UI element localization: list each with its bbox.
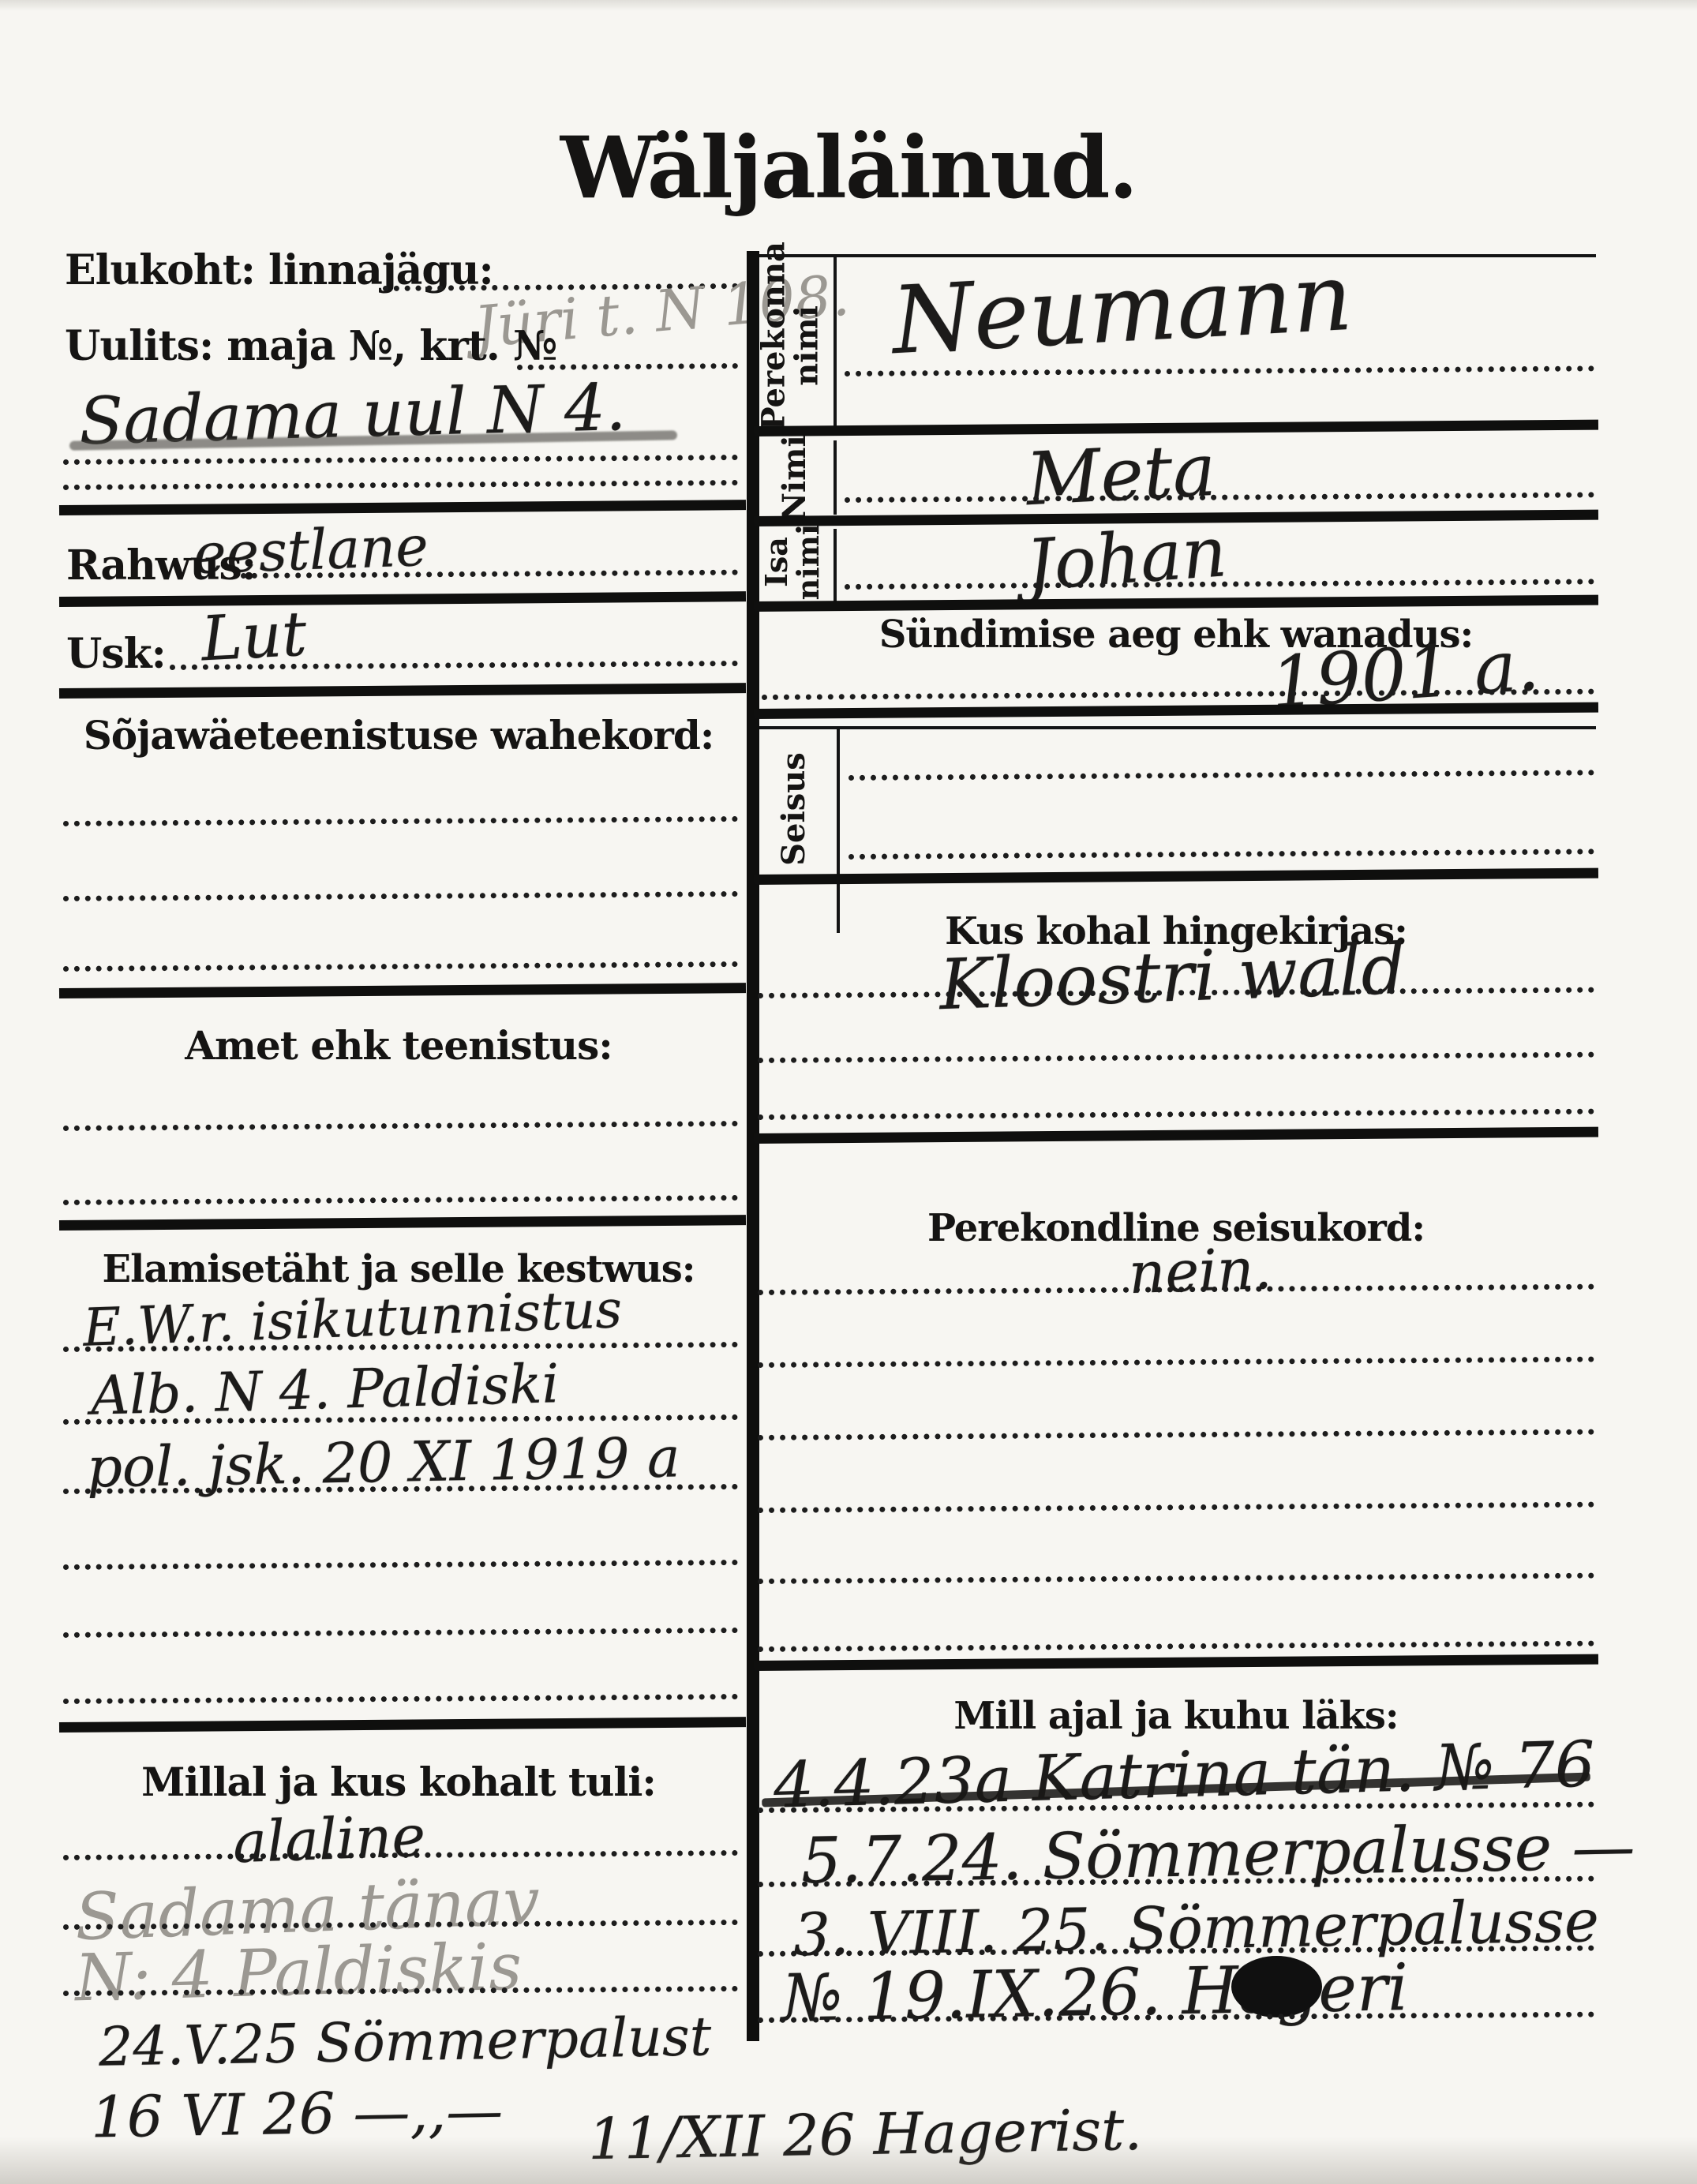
street-label: Uulits: maja №, krt. № [65,322,556,370]
registration-card-scan: Wäljaläinud. Elukoht: linnajägu: Jüri t.… [0,0,1697,2184]
family-status-dotted-line-3 [758,1429,1594,1440]
status-dotted-line-1 [848,770,1594,781]
military-dotted-line-1 [63,816,738,826]
family-status-dotted-line-2 [758,1357,1594,1368]
religion-label: Usk: [66,630,166,678]
label-separator-line [837,729,840,933]
section-rule [59,1215,746,1231]
empty-dotted-line [63,1560,738,1570]
empty-dotted-line [63,1628,738,1638]
status-dotted-line-2 [848,849,1594,860]
family-name-label-line: Perekonna [758,261,791,431]
section-rule [754,1127,1598,1144]
parish-value-entry: Kloostri wald [938,928,1407,1026]
section-rule [59,683,746,699]
military-dotted-line-3 [63,961,738,972]
occupation-dotted-line-2 [63,1195,738,1205]
empty-dotted-line [63,480,738,490]
section-rule [754,868,1598,885]
first-name-value-entry: Meta [1024,428,1218,522]
family-status-dotted-line-4 [758,1502,1594,1513]
military-dotted-line-2 [63,891,738,901]
scan-top-edge-shadow [0,0,1697,11]
scan-bottom-edge-shadow [0,2137,1697,2184]
occupation-dotted-line-1 [63,1121,738,1131]
parish-dotted-line-2 [758,1052,1594,1063]
label-separator-line [834,257,837,428]
arrival-entry-line: 24.V.25 Sömmerpalust [98,2006,711,2079]
family-status-value-entry: nein. [1128,1235,1273,1306]
first-name-dotted-line [845,492,1594,503]
family-name-label: Perekonna nimi [758,261,834,431]
ink-blot [1231,1956,1322,2017]
label-separator-line [834,440,837,515]
section-rule [754,702,1598,719]
arrival-section-header: Millal ja kus kohalt tuli: [59,1759,738,1805]
label-separator-line [834,529,837,601]
section-rule [754,595,1598,612]
family-name-label-line: nimi [791,261,824,431]
section-rule [59,983,746,998]
family-name-value-entry: Neumann [890,242,1355,375]
family-status-dotted-line-5 [758,1573,1594,1584]
nationality-label: Rahwus: [66,541,256,590]
parish-dotted-line-3 [758,1109,1594,1120]
family-status-dotted-line-6 [758,1641,1594,1652]
section-rule [59,1717,746,1733]
arrival-entry-line: alaline [232,1803,427,1875]
occupation-section-header: Amet ehk teenistus: [59,1022,738,1069]
empty-dotted-line [63,1694,738,1704]
section-rule [59,591,746,607]
arrival-entry-line: N: 4 Paldiskis [74,1930,523,2017]
section-rule [754,1654,1598,1671]
military-section-header: Sõjawäeteenistuse wahekord: [59,712,738,759]
box-top-line [759,726,1596,729]
permit-section-header: Elamisetäht ja selle kestwus: [59,1247,738,1291]
father-name-value-entry: Johan [1024,511,1230,605]
street-dotted-line [517,363,738,370]
section-rule [59,500,746,515]
page-title: Wäljaläinud. [0,118,1697,218]
